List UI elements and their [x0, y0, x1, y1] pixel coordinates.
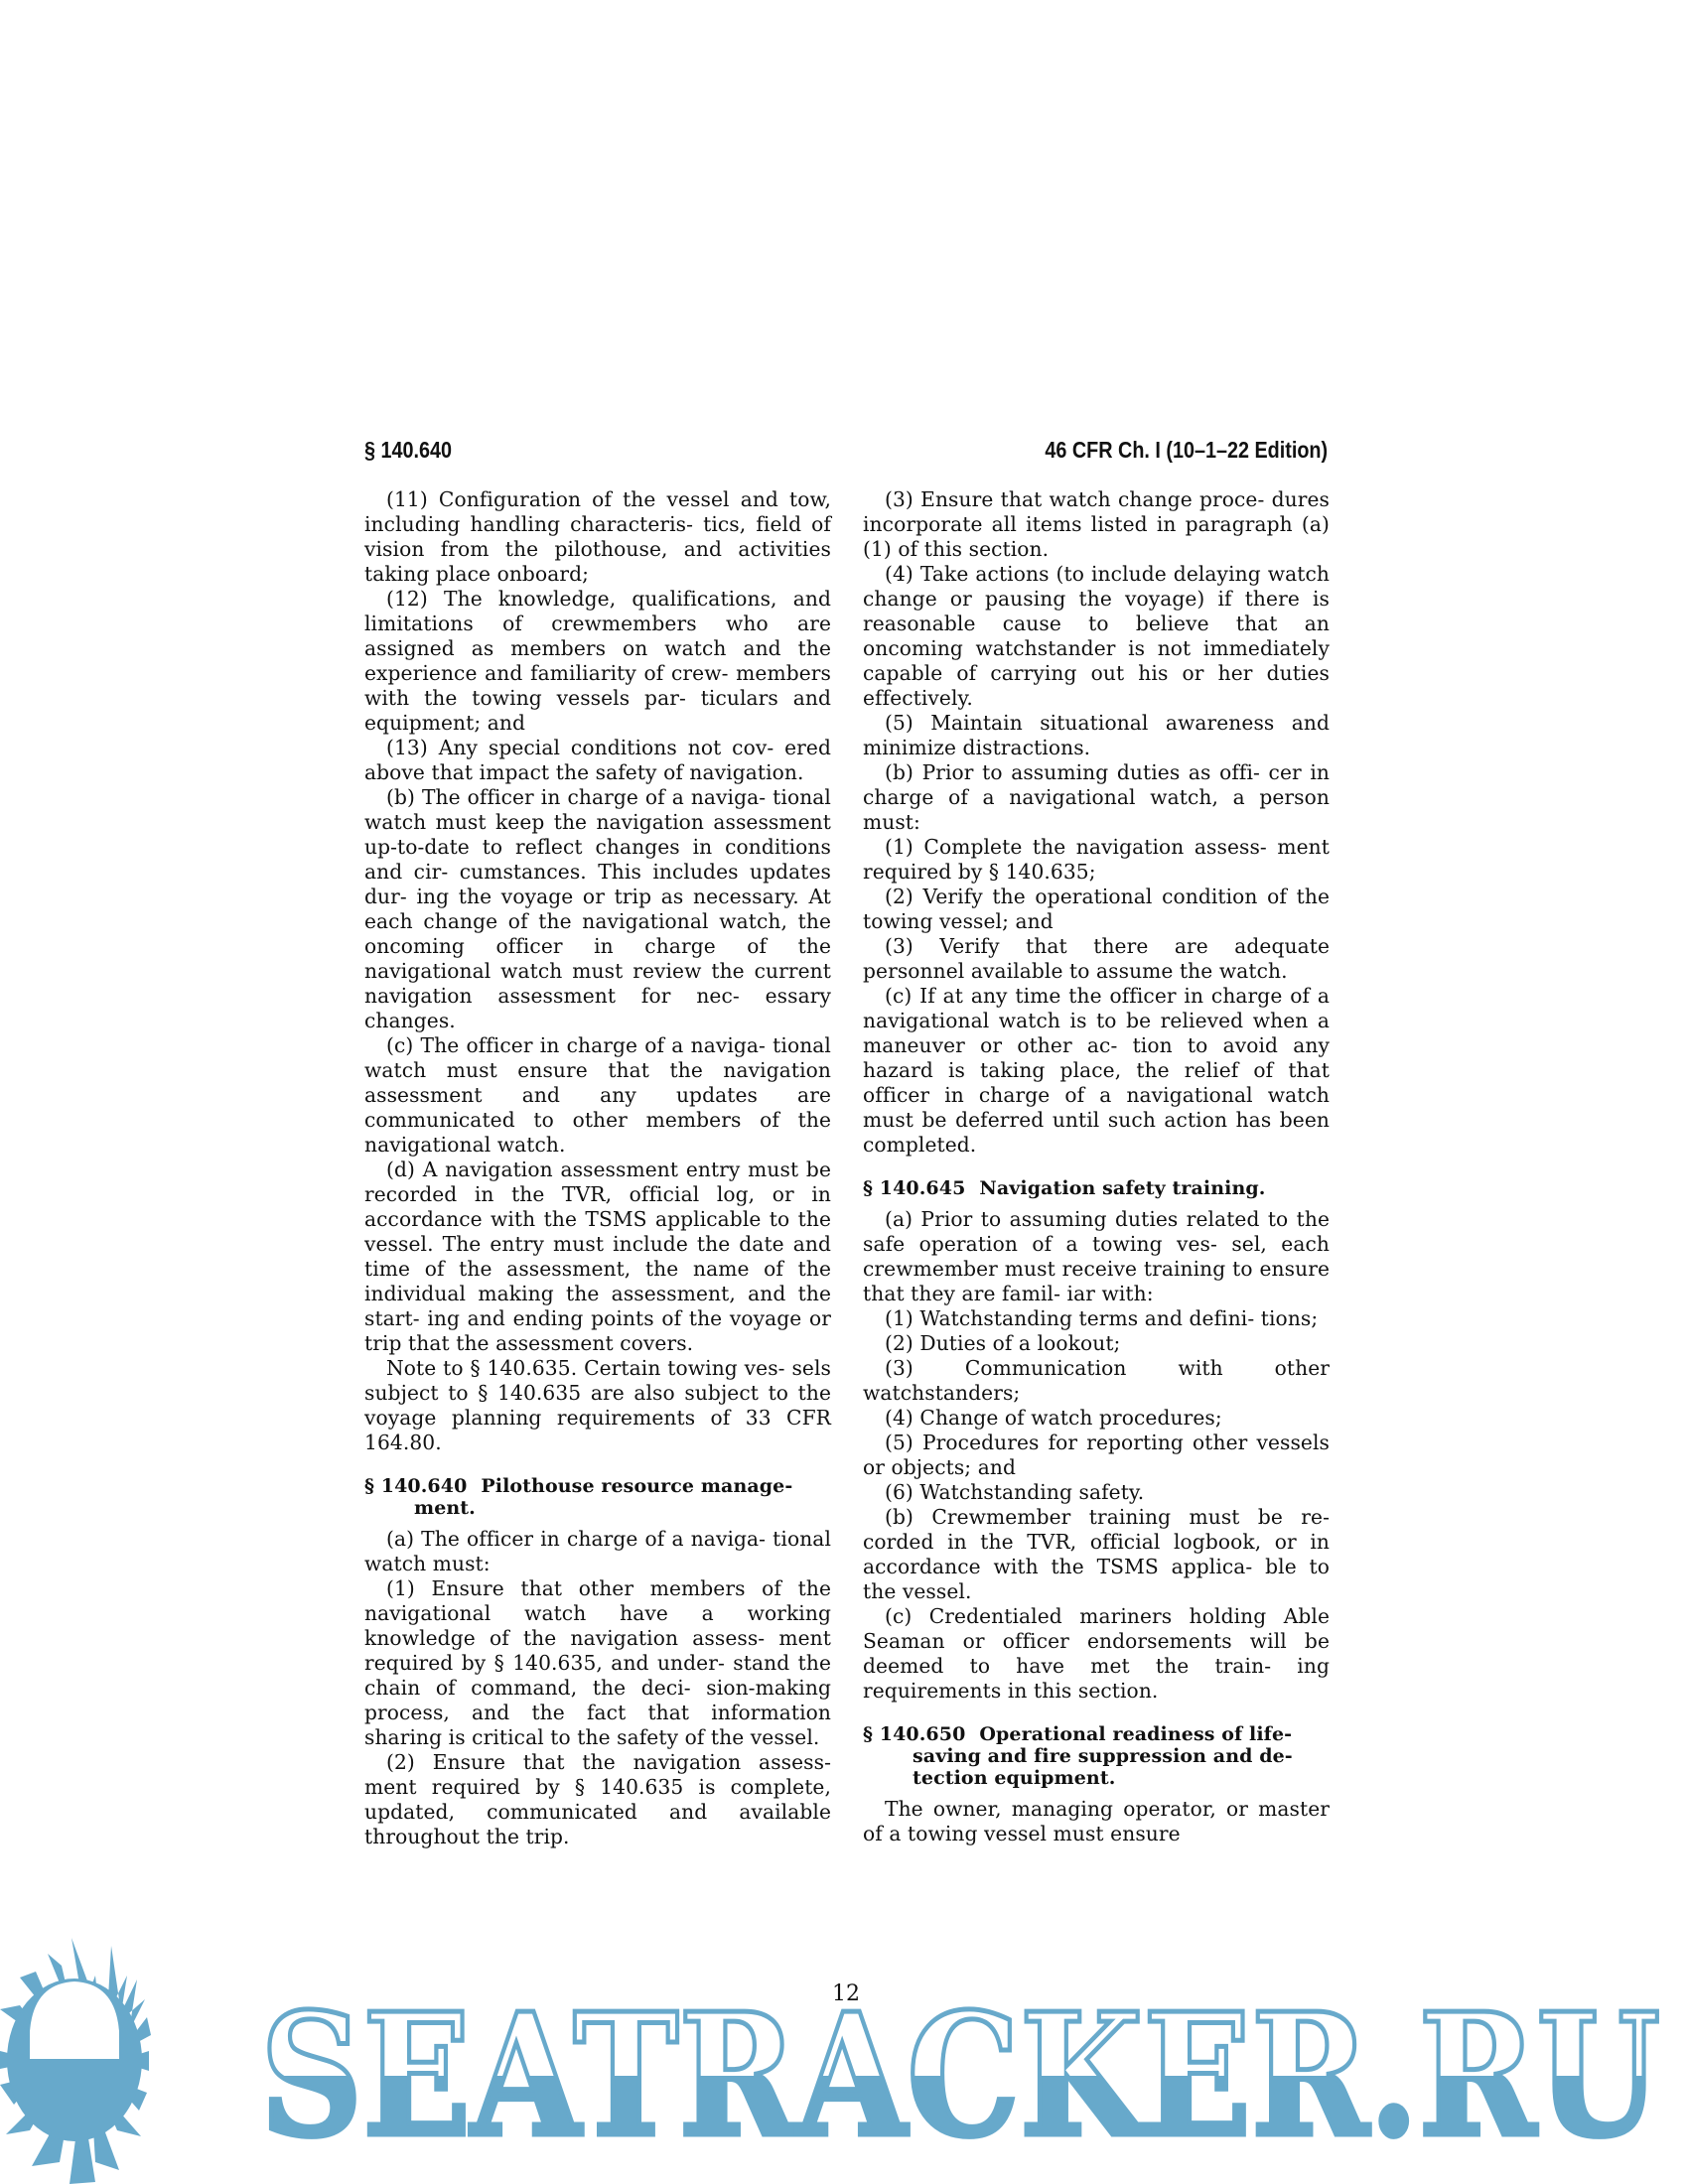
note-paragraph: Note to § 140.635. Certain towing ves- s… — [364, 1356, 831, 1455]
running-header: § 140.640 46 CFR Ch. I (10–1–22 Edition) — [364, 437, 1193, 467]
paragraph: (5) Procedures for reporting other vesse… — [863, 1431, 1330, 1480]
paragraph: (3) Ensure that watch change proce- dure… — [863, 487, 1330, 562]
paragraph: (3) Communication with other watchstande… — [863, 1356, 1330, 1406]
paragraph: (2) Duties of a lookout; — [863, 1331, 1330, 1356]
section-heading-140-640: § 140.640Pilothouse resource manage- men… — [364, 1475, 831, 1519]
paragraph: (2) Ensure that the navigation assess- m… — [364, 1750, 831, 1849]
paragraph: (1) Watchstanding terms and defini- tion… — [863, 1306, 1330, 1331]
page-number: 12 — [832, 1981, 860, 2006]
section-number: § 140.640 — [364, 1475, 467, 1497]
section-number: § 140.645 — [863, 1177, 965, 1199]
paragraph: (b) The officer in charge of a naviga- t… — [364, 785, 831, 1033]
section-title: Navigation safety training. — [979, 1177, 1265, 1199]
section-heading-140-645: § 140.645Navigation safety training. — [863, 1177, 1330, 1199]
section-heading-140-650: § 140.650Operational readiness of life- … — [863, 1723, 1330, 1789]
paragraph: (2) Verify the operational condition of … — [863, 885, 1330, 934]
header-section-ref: § 140.640 — [364, 437, 452, 464]
paragraph: (3) Verify that there are adequate perso… — [863, 934, 1330, 984]
paragraph: (12) The knowledge, qualifications, and … — [364, 587, 831, 736]
paragraph: (1) Ensure that other members of the nav… — [364, 1576, 831, 1750]
right-column: (3) Ensure that watch change proce- dure… — [863, 487, 1330, 1846]
paragraph: (a) Prior to assuming duties related to … — [863, 1207, 1330, 1306]
header-publication: 46 CFR Ch. I (10–1–22 Edition) — [1045, 437, 1328, 464]
paragraph: (b) Prior to assuming duties as offi- ce… — [863, 760, 1330, 835]
watermark-text-graphic: SEATRACKER.RU — [0, 1936, 1688, 2184]
paragraph: (11) Configuration of the vessel and tow… — [364, 487, 831, 587]
paragraph: (6) Watchstanding safety. — [863, 1480, 1330, 1505]
section-title: Pilothouse resource manage- ment. — [414, 1475, 792, 1519]
paragraph: (5) Maintain situational awareness and m… — [863, 711, 1330, 760]
paragraph: (c) If at any time the officer in charge… — [863, 984, 1330, 1158]
section-number: § 140.650 — [863, 1723, 965, 1745]
paragraph: (c) Credentialed mariners holding Able S… — [863, 1604, 1330, 1704]
paragraph: (4) Take actions (to include delaying wa… — [863, 562, 1330, 711]
paragraph: The owner, managing operator, or master … — [863, 1797, 1330, 1846]
paragraph: (b) Crewmember training must be re- cord… — [863, 1505, 1330, 1604]
section-title: Operational readiness of life- saving an… — [913, 1723, 1293, 1789]
paragraph: (c) The officer in charge of a naviga- t… — [364, 1033, 831, 1158]
paragraph: (d) A navigation assessment entry must b… — [364, 1158, 831, 1356]
paragraph: (1) Complete the navigation assess- ment… — [863, 835, 1330, 885]
svg-text:SEATRACKER.RU: SEATRACKER.RU — [260, 1977, 1660, 2175]
left-column: (11) Configuration of the vessel and tow… — [364, 487, 831, 1849]
paragraph: (a) The officer in charge of a naviga- t… — [364, 1527, 831, 1576]
paragraph: (13) Any special conditions not cov- ere… — [364, 736, 831, 785]
watermark: SEATRACKER.RU — [0, 1936, 1688, 2184]
paragraph: (4) Change of watch procedures; — [863, 1406, 1330, 1431]
